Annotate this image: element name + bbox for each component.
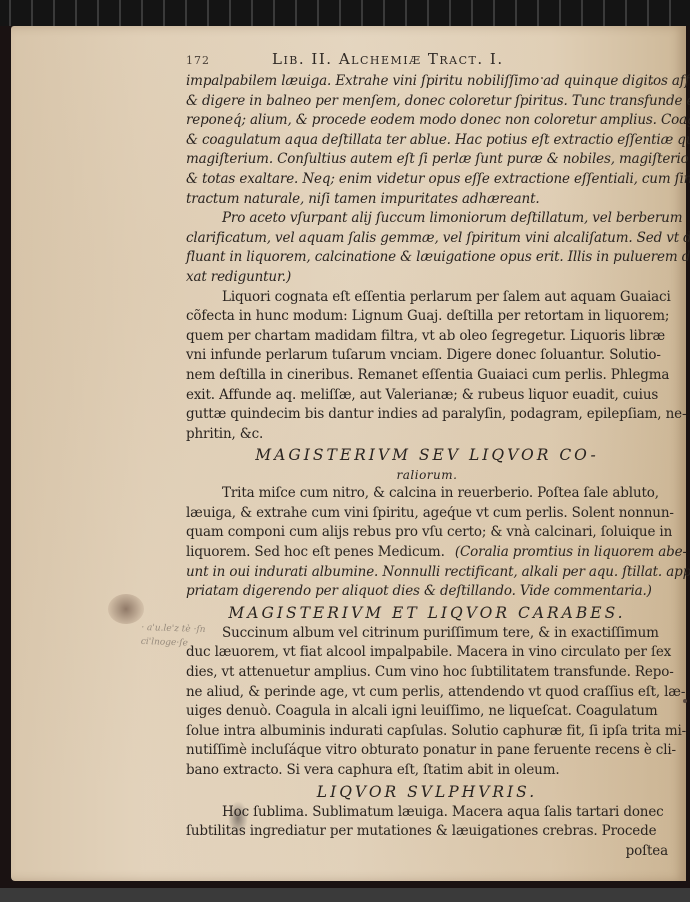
text-line: priatam digerendo per aliquot dies & deſ… — [186, 582, 668, 602]
text-line: ne aliud, & perinde age, vt cum perlis, … — [186, 683, 668, 703]
paragraph-3: Liquori cognata eſt eſſentia perlarum pe… — [186, 288, 668, 445]
text-line: tractum naturale, niſi tamen impuritates… — [186, 190, 668, 210]
page-number: 172 — [186, 54, 210, 67]
text-line: Hoc ſublima. Sublimatum læuiga. Macera a… — [186, 803, 668, 823]
text-line: phritin, &c. — [186, 425, 668, 445]
text-block: 172 Lib. II. Alchemiæ Tract. I. impalpab… — [186, 48, 668, 861]
text-line: bano extracto. Si vera caphura eſt, ſtat… — [186, 761, 668, 781]
text-line: reponeq́; alium, & procede eodem modo do… — [186, 111, 668, 131]
text-line: guttæ quindecim bis dantur indies ad par… — [186, 405, 668, 425]
text-line: impalpabilem læuiga. Extrahe vini ſpirit… — [186, 72, 668, 92]
text-line: Succinum album vel citrinum puriſſimum t… — [186, 624, 668, 644]
stain-blot — [108, 594, 144, 624]
section-corals: MAGISTERIVM SEV LIQVOR CO- raliorum. Tri… — [186, 444, 668, 602]
text-line: clarificatum, vel aquam ſalis gemmæ, vel… — [186, 229, 668, 249]
text-line: uiges denuò. Coagula in alcali igni leui… — [186, 702, 668, 722]
text-line: Trita miſce cum nitro, & calcina in reue… — [186, 484, 668, 504]
text-line: Pro aceto vſurpant alij ſuccum limonioru… — [186, 209, 668, 229]
text-line: & digere in balneo per menſem, donec col… — [186, 92, 668, 112]
text-line: nem deſtilla in cineribus. Remanet eſſen… — [186, 366, 668, 386]
text-line: cõfecta in hunc modum: Lignum Guaj. deſt… — [186, 307, 668, 327]
scanner-top-edge — [0, 0, 690, 26]
scanner-bottom-edge — [0, 888, 690, 902]
paragraph-1: impalpabilem læuiga. Extrahe vini ſpirit… — [186, 72, 668, 209]
text-line: dies, vt attenuetur amplius. Cum vino ho… — [186, 663, 668, 683]
section-heading: MAGISTERIVM ET LIQVOR CARABES. — [186, 602, 668, 624]
text-line: exit. Affunde aq. meliſſæ, aut Valerianæ… — [186, 386, 668, 406]
text-line: xat rediguntur.) — [186, 268, 668, 288]
text-span-italic: (Coralia promtius in liquorem abe- — [455, 544, 687, 560]
section-amber: MAGISTERIVM ET LIQVOR CARABES. Succinum … — [186, 602, 668, 781]
section-heading: LIQVOR SVLPHVRIS. — [186, 781, 668, 803]
text-line: ſubtilitas ingrediatur per mutationes & … — [186, 822, 668, 842]
text-span: liquorem. Sed hoc eſt penes Medicum. — [186, 544, 445, 560]
text-line: & coagulatum aqua deſtillata ter ablue. … — [186, 131, 668, 151]
text-line: & totas exaltare. Neq; enim videtur opus… — [186, 170, 668, 190]
text-line: duc læuorem, vt fiat alcool impalpabile.… — [186, 643, 668, 663]
text-line: liquorem. Sed hoc eſt penes Medicum. (Co… — [186, 543, 668, 563]
text-line: fluant in liquorem, calcinatione & læuig… — [186, 248, 668, 268]
catchword: poſtea — [186, 842, 668, 862]
text-line: ſolue intra albuminis indurati capſulas.… — [186, 722, 668, 742]
running-head: 172 Lib. II. Alchemiæ Tract. I. — [186, 48, 668, 72]
text-line: unt in oui indurati albumine. Nonnulli r… — [186, 563, 668, 583]
text-line: quam componi cum alijs rebus pro vſu cer… — [186, 523, 668, 543]
running-head-title: Lib. II. Alchemiæ Tract. I. — [272, 50, 504, 68]
section-heading: MAGISTERIVM SEV LIQVOR CO- — [186, 444, 668, 466]
text-line: vni infunde perlarum tuſarum vnciam. Dig… — [186, 346, 668, 366]
text-line: magiſterium. Conſultius autem eſt ſi per… — [186, 150, 668, 170]
paragraph-2: Pro aceto vſurpant alij ſuccum limonioru… — [186, 209, 668, 287]
text-line: quem per chartam madidam filtra, vt ab o… — [186, 327, 668, 347]
text-line: Liquori cognata eſt eſſentia perlarum pe… — [186, 288, 668, 308]
section-sulphur: LIQVOR SVLPHVRIS. Hoc ſublima. Sublimatu… — [186, 781, 668, 862]
section-heading-continuation: raliorum. — [186, 466, 668, 484]
text-line: læuiga, & extrahe cum vini ſpiritu, ageq… — [186, 504, 668, 524]
text-line: nutiſſimè incluſáque vitro obturato pona… — [186, 741, 668, 761]
